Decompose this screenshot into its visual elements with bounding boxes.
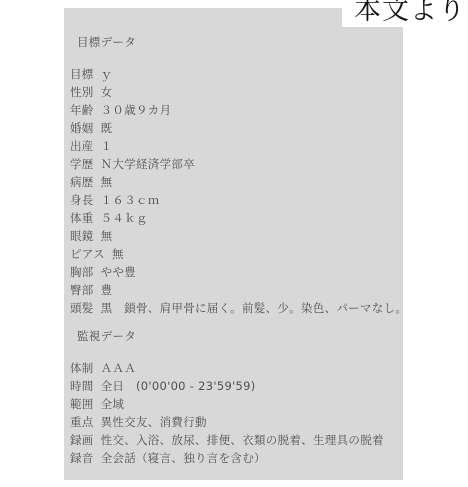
data-row: 体制ＡＡＡ: [70, 359, 403, 377]
data-row: 学歴Ｎ大学経済学部卒: [70, 155, 403, 173]
row-value: ５４ｋｇ: [101, 211, 148, 225]
data-row: 年齢３０歳９カ月: [70, 101, 403, 119]
row-label: 頭髪: [70, 299, 94, 317]
data-row: 頭髪黒 鎖骨、肩甲骨に届く。前髪、少。染色、パーマなし。: [70, 299, 403, 317]
row-value: １６３ｃｍ: [101, 193, 160, 207]
row-label: 婚姻: [70, 119, 94, 137]
data-sheet: 目標データ目標ｙ性別女年齢３０歳９カ月婚姻既出産１学歴Ｎ大学経済学部卒病歴無身長…: [64, 8, 403, 480]
row-label: 範囲: [70, 395, 94, 413]
row-label: 学歴: [70, 155, 94, 173]
row-label: 体重: [70, 209, 94, 227]
row-label: 体制: [70, 359, 94, 377]
data-row: 録音全会話（寝言、独り言を含む）: [70, 449, 403, 467]
row-value: 豊: [101, 283, 113, 297]
row-label: 録音: [70, 449, 94, 467]
data-row: 重点異性交友、消費行動: [70, 413, 403, 431]
section-title: 目標データ: [77, 33, 403, 51]
row-value: 無: [101, 175, 113, 189]
row-label: 時間: [70, 377, 94, 395]
data-row: 身長１６３ｃｍ: [70, 191, 403, 209]
data-row: 胸部やや豊: [70, 263, 403, 281]
data-row: 範囲全域: [70, 395, 403, 413]
data-row: 臀部豊: [70, 281, 403, 299]
data-row: 出産１: [70, 137, 403, 155]
data-row: ピアス無: [70, 245, 403, 263]
row-label: 目標: [70, 65, 94, 83]
row-label: 眼鏡: [70, 227, 94, 245]
row-label: 出産: [70, 137, 94, 155]
row-value: 全域: [101, 397, 125, 411]
data-row: 眼鏡無: [70, 227, 403, 245]
row-value: 既: [101, 121, 113, 135]
row-value: １: [101, 139, 113, 153]
row-value: 無: [112, 247, 124, 261]
row-label: 録画: [70, 431, 94, 449]
row-value: 黒 鎖骨、肩甲骨に届く。前髪、少。染色、パーマなし。: [101, 301, 403, 315]
data-row: 録画性交、入浴、放尿、排便、衣類の脱着、生理具の脱着: [70, 431, 403, 449]
row-value: 性交、入浴、放尿、排便、衣類の脱着、生理具の脱着: [101, 433, 384, 447]
row-value: 異性交友、消費行動: [101, 415, 207, 429]
data-row: 婚姻既: [70, 119, 403, 137]
row-label: 胸部: [70, 263, 94, 281]
data-row: 目標ｙ: [70, 65, 403, 83]
page-caption: 本文より: [342, 0, 468, 27]
data-row: 病歴無: [70, 173, 403, 191]
data-row: 体重５４ｋｇ: [70, 209, 403, 227]
row-label: 病歴: [70, 173, 94, 191]
data-row: 性別女: [70, 83, 403, 101]
row-value: 女: [101, 85, 113, 99]
row-value: 全会話（寝言、独り言を含む）: [101, 451, 266, 465]
row-value: 全日 (0'00'00 - 23'59'59): [101, 379, 256, 393]
data-row: 時間全日 (0'00'00 - 23'59'59): [70, 377, 403, 395]
row-value: ３０歳９カ月: [101, 103, 172, 117]
section: 目標データ目標ｙ性別女年齢３０歳９カ月婚姻既出産１学歴Ｎ大学経済学部卒病歴無身長…: [70, 33, 403, 317]
scanned-page: 本文より 目標データ目標ｙ性別女年齢３０歳９カ月婚姻既出産１学歴Ｎ大学経済学部卒…: [0, 0, 468, 487]
row-value: ｙ: [101, 67, 113, 81]
section-title: 監視データ: [77, 327, 403, 345]
section: 監視データ体制ＡＡＡ時間全日 (0'00'00 - 23'59'59)範囲全域重…: [70, 327, 403, 467]
row-label: 性別: [70, 83, 94, 101]
row-label: 重点: [70, 413, 94, 431]
row-value: やや豊: [101, 265, 136, 279]
row-label: 身長: [70, 191, 94, 209]
row-value: ＡＡＡ: [101, 361, 136, 375]
row-label: ピアス: [70, 245, 105, 263]
row-label: 臀部: [70, 281, 94, 299]
row-value: Ｎ大学経済学部卒: [101, 157, 195, 171]
row-label: 年齢: [70, 101, 94, 119]
row-value: 無: [101, 229, 113, 243]
